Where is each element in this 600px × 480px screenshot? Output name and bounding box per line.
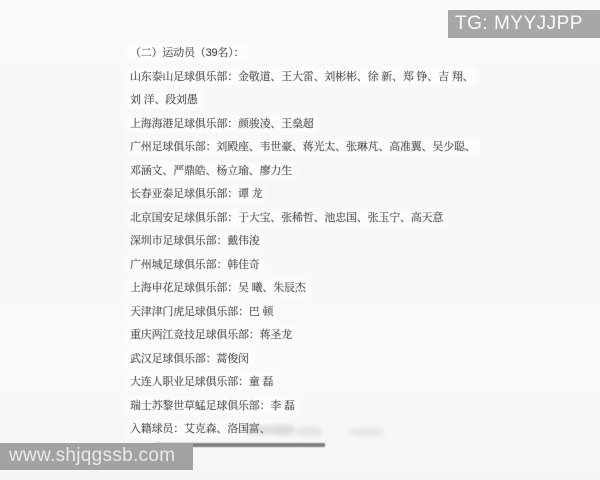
- website-watermark-text: www.shjqgssb.com: [9, 445, 175, 466]
- document-line: 大连人职业足球俱乐部：童 磊: [128, 371, 548, 395]
- document-line: 入籍球员：艾克森、洛国富、: [128, 418, 548, 442]
- document-line: 广州城足球俱乐部：韩佳奇: [128, 254, 548, 278]
- section-heading: （二）运动员（39名）：: [128, 42, 548, 66]
- website-watermark: www.shjqgssb.com: [0, 443, 193, 470]
- telegram-watermark: TG: MYYJJPP: [448, 10, 600, 38]
- document-line: 天津津门虎足球俱乐部：巴 顿: [128, 301, 548, 325]
- blurred-text-smudge: [246, 425, 294, 435]
- document-line: 上海海港足球俱乐部：颜骏凌、王燊超: [128, 113, 548, 137]
- document-line: 上海申花足球俱乐部：吴 曦、朱辰杰: [128, 277, 548, 301]
- document-line: 山东泰山足球俱乐部：金敬道、王大雷、刘彬彬、徐 新、郑 铮、吉 翔、: [128, 66, 548, 90]
- telegram-watermark-text: TG: MYYJJPP: [455, 13, 583, 34]
- document-line: 刘 洋、段刘愚: [128, 89, 548, 113]
- document-line: 北京国安足球俱乐部：于大宝、张稀哲、池忠国、张玉宁、高天意: [128, 207, 548, 231]
- player-list-document: （二）运动员（39名）： 山东泰山足球俱乐部：金敬道、王大雷、刘彬彬、徐 新、郑…: [128, 42, 548, 442]
- document-page: （二）运动员（39名）： 山东泰山足球俱乐部：金敬道、王大雷、刘彬彬、徐 新、郑…: [0, 0, 600, 480]
- blurred-text-smudge: [296, 427, 322, 436]
- document-line: 武汉足球俱乐部：蒿俊闵: [128, 348, 548, 372]
- document-line: 广州足球俱乐部：刘殿座、韦世豪、蒋光太、张琳芃、高准翼、吴少聪、: [128, 136, 548, 160]
- blurred-text-smudge: [350, 428, 384, 436]
- document-line: 重庆两江竞技足球俱乐部：蒋圣龙: [128, 324, 548, 348]
- section-heading-text: （二）运动员（39名）：: [128, 46, 246, 60]
- document-line: 深圳市足球俱乐部：戴伟浚: [128, 230, 548, 254]
- document-line: 长春亚泰足球俱乐部：谭 龙: [128, 183, 548, 207]
- document-line: 邓涵文、严鼎皓、杨立瑜、廖力生: [128, 160, 548, 184]
- document-line: 瑞士苏黎世草蜢足球俱乐部：李 磊: [128, 395, 548, 419]
